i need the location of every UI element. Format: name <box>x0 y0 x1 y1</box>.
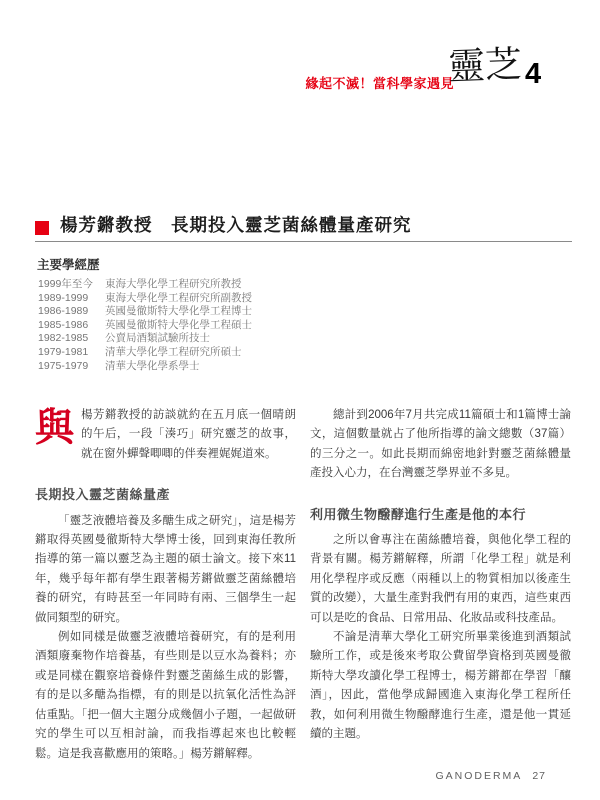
resume-role: 英國曼徹斯特大學化學工程碩士 <box>105 319 252 333</box>
resume-period: 1975-1979 <box>38 360 105 374</box>
resume-row: 1979-1981 清華大學化學工程研究所碩士 <box>38 346 252 360</box>
resume-row: 1999年至今 東海大學化學工程研究所教授 <box>38 278 252 292</box>
resume-period: 1979-1981 <box>38 346 105 360</box>
left-column: 與楊芳鏘教授的訪談就約在五月底一個晴朗的午后，一段「湊巧」研究靈芝的故事，就在窗… <box>35 406 296 764</box>
body-paragraph: 例如同樣是做靈芝液體培養研究，有的是利用酒類廢棄物作培養基，有些則是以豆水為養料… <box>35 628 296 764</box>
right-column: 總計到2006年7月共完成11篇碩士和1篇博士論文，這個數量就占了他所指導的論文… <box>310 406 571 764</box>
intro-text: 楊芳鏘教授的訪談就約在五月底一個晴朗的午后，一段「湊巧」研究靈芝的故事，就在窗外… <box>81 409 296 460</box>
resume-period: 1985-1986 <box>38 319 105 333</box>
intro-paragraph: 與楊芳鏘教授的訪談就約在五月底一個晴朗的午后，一段「湊巧」研究靈芝的故事，就在窗… <box>35 406 296 464</box>
resume-period: 1986-1989 <box>38 305 105 319</box>
body-paragraph: 之所以會專注在菌絲體培養，與他化學工程的背景有關。楊芳鏘解釋，所謂「化學工程」就… <box>310 531 571 628</box>
drop-cap: 與 <box>35 409 74 447</box>
resume-heading: 主要學經歷 <box>37 255 100 273</box>
series-title-calligraphy: 靈芝 <box>447 35 523 97</box>
title-rule <box>35 241 572 242</box>
resume-role: 東海大學化學工程研究所教授 <box>105 278 242 292</box>
body-paragraph: 「靈芝液體培養及多醣生成之研究」，這是楊芳鏘取得英國曼徹斯特大學博士後，回到東海… <box>35 512 296 628</box>
journal-name: GANODERMA <box>435 770 522 782</box>
page-footer: GANODERMA27 <box>435 770 546 782</box>
resume-period: 1989-1999 <box>38 292 105 306</box>
resume-row: 1975-1979 清華大學化學系學士 <box>38 360 252 374</box>
magazine-page: 緣起不滅！當科學家遇見 靈芝 4 楊芳鏘教授 長期投入靈芝菌絲體量產研究 主要學… <box>0 0 600 800</box>
resume-role: 公賣局酒類試驗所技士 <box>105 332 210 346</box>
section-heading-mass-production: 長期投入靈芝菌絲量產 <box>35 485 296 504</box>
resume-role: 清華大學化學工程研究所碩士 <box>105 346 242 360</box>
series-tagline: 緣起不滅！當科學家遇見 <box>305 73 454 92</box>
article-body: 與楊芳鏘教授的訪談就約在五月底一個晴朗的午后，一段「湊巧」研究靈芝的故事，就在窗… <box>35 406 572 764</box>
resume-list: 1999年至今 東海大學化學工程研究所教授 1989-1999 東海大學化學工程… <box>38 278 252 373</box>
volume-number: 4 <box>525 58 541 91</box>
resume-role: 清華大學化學系學士 <box>105 360 200 374</box>
resume-period: 1982-1985 <box>38 332 105 346</box>
page-number: 27 <box>532 770 546 782</box>
resume-row: 1986-1989 英國曼徹斯特大學化學工程博士 <box>38 305 252 319</box>
title-bullet-square-icon <box>35 221 49 235</box>
article-title: 楊芳鏘教授 長期投入靈芝菌絲體量產研究 <box>60 212 412 237</box>
resume-row: 1989-1999 東海大學化學工程研究所副教授 <box>38 292 252 306</box>
section-heading-fermentation: 利用微生物醱酵進行生產是他的本行 <box>310 505 571 524</box>
body-paragraph: 總計到2006年7月共完成11篇碩士和1篇博士論文，這個數量就占了他所指導的論文… <box>310 406 571 484</box>
resume-role: 東海大學化學工程研究所副教授 <box>105 292 252 306</box>
resume-period: 1999年至今 <box>38 278 105 292</box>
resume-row: 1985-1986 英國曼徹斯特大學化學工程碩士 <box>38 319 252 333</box>
resume-role: 英國曼徹斯特大學化學工程博士 <box>105 305 252 319</box>
resume-row: 1982-1985 公賣局酒類試驗所技士 <box>38 332 252 346</box>
body-paragraph: 不論是清華大學化工研究所畢業後進到酒類試驗所工作，或是後來考取公費留學資格到英國… <box>310 628 571 744</box>
